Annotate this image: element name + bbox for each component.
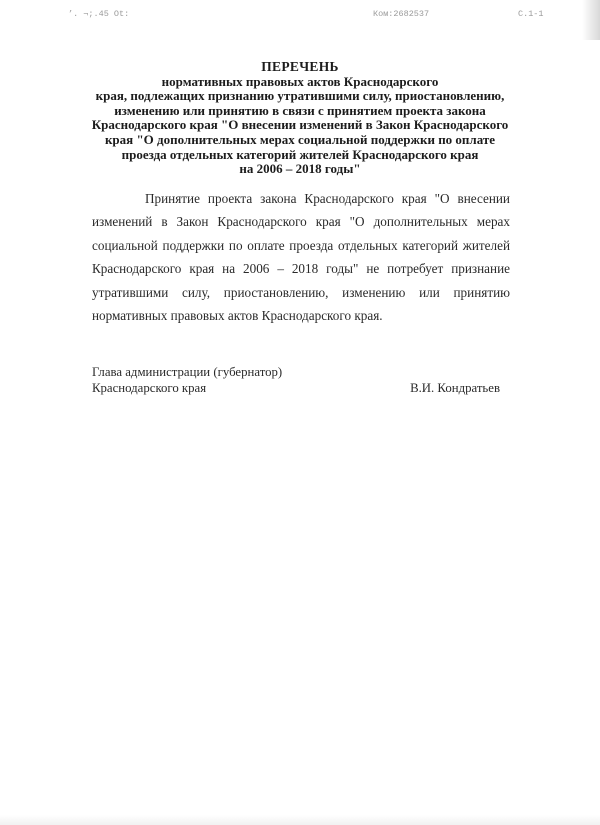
title-line: края "О дополнительных мерах социальной … — [70, 133, 530, 148]
fax-header-page: С.1-1 — [518, 9, 544, 19]
document-heading: ПЕРЕЧЕНЬ — [70, 60, 530, 75]
signatory-position: Глава администрации (губернатор) — [92, 364, 512, 380]
title-line: изменению или принятию в связи с приняти… — [70, 104, 530, 119]
fax-header-number: Ком:2682537 — [373, 9, 429, 19]
title-line: на 2006 – 2018 годы" — [70, 162, 530, 177]
scan-edge-shadow — [582, 0, 600, 40]
title-line: Краснодарского края "О внесении изменени… — [70, 118, 530, 133]
title-line: проезда отдельных категорий жителей Крас… — [70, 148, 530, 163]
signatory-name: В.И. Кондратьев — [410, 380, 512, 396]
scan-bottom-shade — [0, 815, 600, 825]
signature-block: Глава администрации (губернатор) Краснод… — [92, 364, 512, 396]
body-paragraph: Принятие проекта закона Краснодарского к… — [92, 187, 510, 327]
signature-row: Краснодарского края В.И. Кондратьев — [92, 380, 512, 396]
fax-transmission-header: ’. ¬;.45 Ot: Ком:2682537 С.1-1 — [0, 9, 600, 23]
title-line: края, подлежащих признанию утратившими с… — [70, 89, 530, 104]
signatory-region: Краснодарского края — [92, 380, 206, 396]
document-title: ПЕРЕЧЕНЬ нормативных правовых актов Крас… — [70, 60, 530, 177]
fax-header-timestamp: ’. ¬;.45 Ot: — [68, 9, 129, 19]
title-line: нормативных правовых актов Краснодарског… — [70, 75, 530, 90]
